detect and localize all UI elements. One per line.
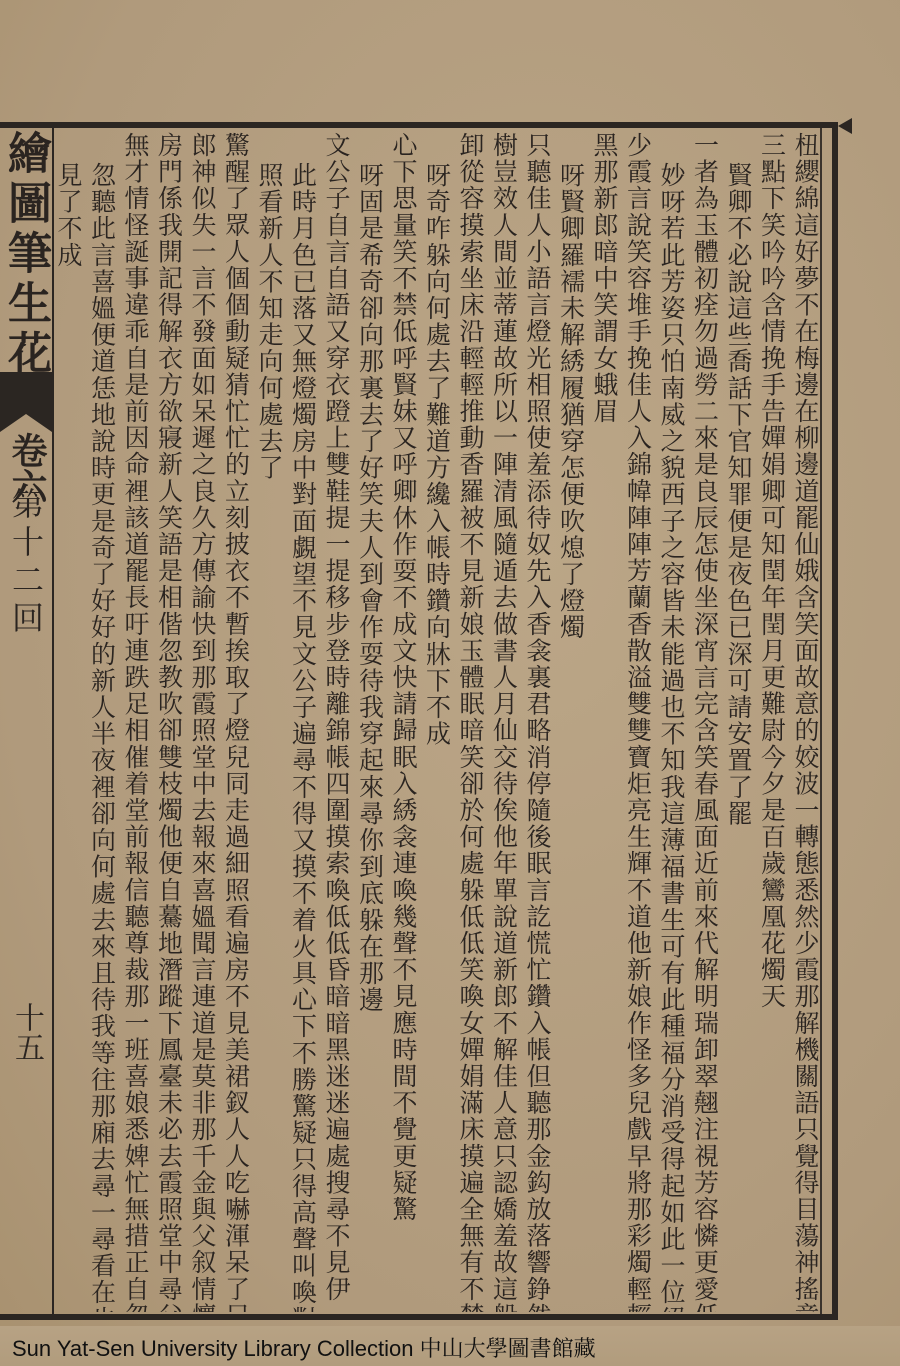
text-column: 樹豈效人間並蒂蓮故所以一陣清風隨遁去做書人月仙交待俟他年單說道新郎不解佳人意只認… <box>487 132 521 1312</box>
footer-bar: Sun Yat-Sen University Library Collectio… <box>0 1326 900 1366</box>
text-column: 此時月色已落又無燈燭房中對面覷望不見文公子遍尋不得又摸不着火具心下不勝驚疑只得高… <box>286 132 320 1312</box>
text-column: 呀奇咋躲向何處去了難道方纔入帳時鑽向牀下不成 <box>420 132 454 1312</box>
text-column: 只聽佳人小語言燈光相照使羞添待奴先入香衾裏君略消停隨後眠言訖慌忙鑽入帳但聽那金鈎… <box>521 132 555 1312</box>
collection-credit: Sun Yat-Sen University Library Collectio… <box>12 1332 596 1363</box>
fish-tail-mark-icon <box>0 372 52 432</box>
main-text-body: 杻纓綿這好夢不在梅邊在柳邊道罷仙娥含笑面故意的姣波一轉態悉然少霞那解機關語只覺得… <box>58 132 822 1312</box>
text-column: 黑那新郎暗中笑謂女蛾眉 <box>588 132 622 1312</box>
text-column: 少霞言說笑容堆手挽佳人入錦幃陣陣芳蘭香散溢雙雙寶炬亮生輝不道他新娘作怪多兒戲早將… <box>621 132 655 1312</box>
text-column: 賢卿不必說這些喬話下官知罪便是夜色已深可請安置了罷 <box>722 132 756 1312</box>
text-column: 驚醒了眾人個個動疑猜忙忙的立刻披衣不暫挨取了燈兒同走過細照看遍房不見美裙釵人人吃… <box>219 132 253 1312</box>
text-column: 卸從容摸索坐床沿輕輕推動香羅被不見新娘玉體眠暗笑卻於何處躲低低笑喚女嬋娟滿床摸遍… <box>454 132 488 1312</box>
center-gutter: 繪圖筆生花 卷六 第十二回 十五 <box>0 122 54 1320</box>
text-column: 文公子自言自語又穿衣蹬上雙鞋提一提移步登時離錦帳四圍摸索喚低低昏暗暗黑迷迷遍處搜… <box>320 132 354 1312</box>
scanned-book-page: 繪圖筆生花 卷六 第十二回 十五 杻纓綿這好夢不在梅邊在柳邊道罷仙娥含笑面故意的… <box>0 0 900 1366</box>
page-number: 十五 <box>4 1002 48 1062</box>
triangle-mark-icon <box>838 118 852 134</box>
text-column: 忽聽此言喜媼便道恁地說時更是奇了好好的新人半夜裡卻向何處去來且待我等往那廂去尋一… <box>85 132 119 1312</box>
chapter-label: 第十二回 <box>4 487 48 639</box>
text-column: 無才情怪誕事違乖自是前因命裡該道罷長吁連跌足相催着堂前報信聽尊裁那一班喜娘悉婢忙… <box>119 132 153 1312</box>
text-column: 房門係我開記得解衣方欲寢新人笑語是相偕忽教吹卻雙枝燭他便自驀地潛蹤下鳳臺未必去霞… <box>152 132 186 1312</box>
text-column: 呀固是希奇卻向那裏去了好笑夫人到會作耍待我穿起來尋你到底躲在那邊 <box>353 132 387 1312</box>
text-column: 見了不成 <box>58 132 85 1312</box>
text-column: 心下思量笑不禁低呼賢妹又呼卿休作耍不成文快請歸眠入綉衾連喚幾聲不見應時間不覺更疑… <box>387 132 421 1312</box>
text-column: 三點下笑吟吟含情挽手告嬋娟卿可知閏年閏月更難尉今夕是百歲鸞凰花燭天 <box>755 132 789 1312</box>
book-title: 繪圖筆生花 <box>0 130 50 380</box>
text-column: 杻纓綿這好夢不在梅邊在柳邊道罷仙娥含笑面故意的姣波一轉態悉然少霞那解機關語只覺得… <box>789 132 823 1312</box>
text-column: 郎神似失一言不發面如呆遲之良久方傳諭快到那霞照堂中去報來喜媼聞言連道是莫非那千金… <box>186 132 220 1312</box>
text-column: 照看新人不知走向何處去了 <box>253 132 287 1312</box>
text-column: 呀賢卿羅襦未解綉履猶穿怎便吹熄了燈燭 <box>554 132 588 1312</box>
text-column: 妙呀若此芳姿只怕南威之貌西子之容皆未能過也不知我這薄福書生可有此種福分消受得起如… <box>655 132 689 1312</box>
text-column: 一者為玉體初痊勿過勞二來是良辰怎使坐深宵言完含笑春風面近前來代解明瑞卸翠翹注視芳… <box>688 132 722 1312</box>
